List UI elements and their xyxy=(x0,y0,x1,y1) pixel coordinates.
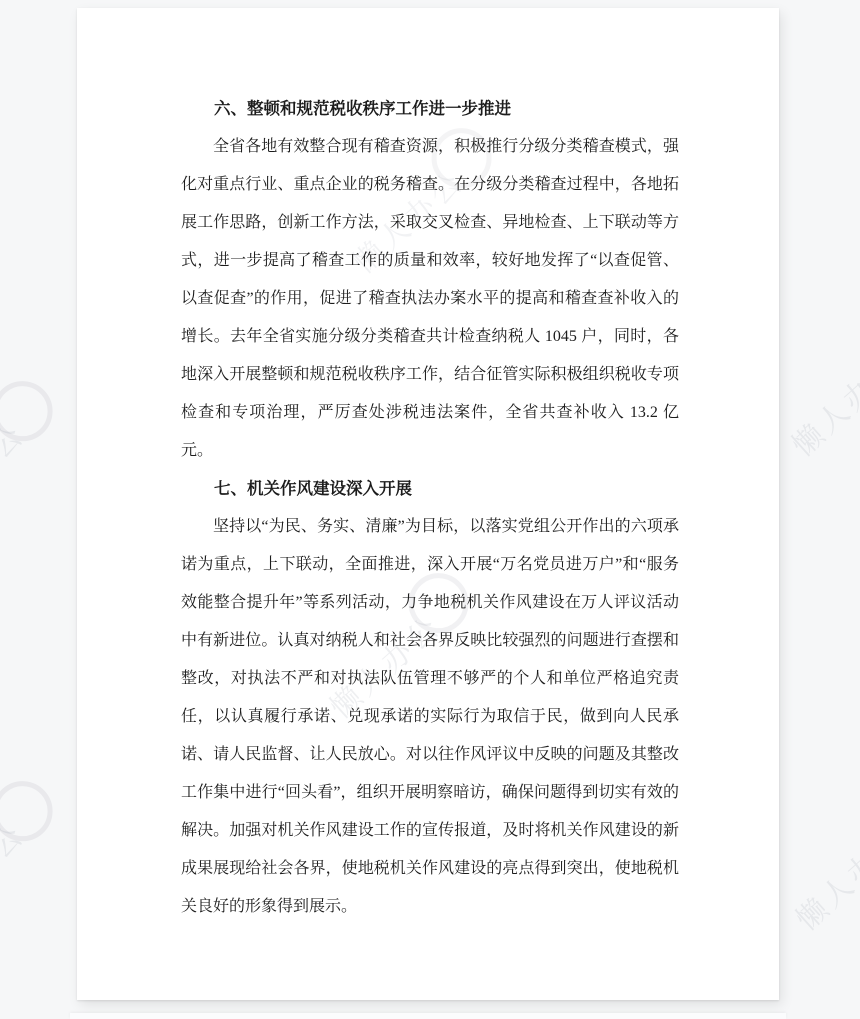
watermark: 懒人办公 xyxy=(784,785,860,938)
watermark: 懒人办公 xyxy=(780,311,860,464)
watermark-text: 懒人办公 xyxy=(780,341,860,465)
document-viewer: 懒人办公 懒人办公 懒人办公 懒人办公 懒人办公 懒人办公 六、整顿和规范税收秩… xyxy=(0,0,860,1019)
next-page-edge xyxy=(70,1013,786,1019)
watermark-text: 懒人办公 xyxy=(0,811,33,935)
watermark: 懒人办公 xyxy=(0,781,66,934)
watermark-ring-icon xyxy=(0,369,65,454)
watermark-text: 懒人办公 xyxy=(784,815,860,939)
section-heading-7: 七、机关作风建设深入开展 xyxy=(181,470,679,508)
section-paragraph-7: 坚持以“为民、务实、清廉”为目标，以落实党组公开作出的六项承诺为重点，上下联动，… xyxy=(181,508,679,926)
watermark-text: 懒人办公 xyxy=(0,411,33,535)
section-paragraph-6: 全省各地有效整合现有稽查资源，积极推行分级分类稽查模式，强化对重点行业、重点企业… xyxy=(181,128,679,470)
watermark-ring-icon xyxy=(0,769,65,854)
document-content: 六、整顿和规范税收秩序工作进一步推进 全省各地有效整合现有稽查资源，积极推行分级… xyxy=(181,90,679,926)
watermark: 懒人办公 xyxy=(0,381,66,534)
section-heading-6: 六、整顿和规范税收秩序工作进一步推进 xyxy=(181,90,679,128)
